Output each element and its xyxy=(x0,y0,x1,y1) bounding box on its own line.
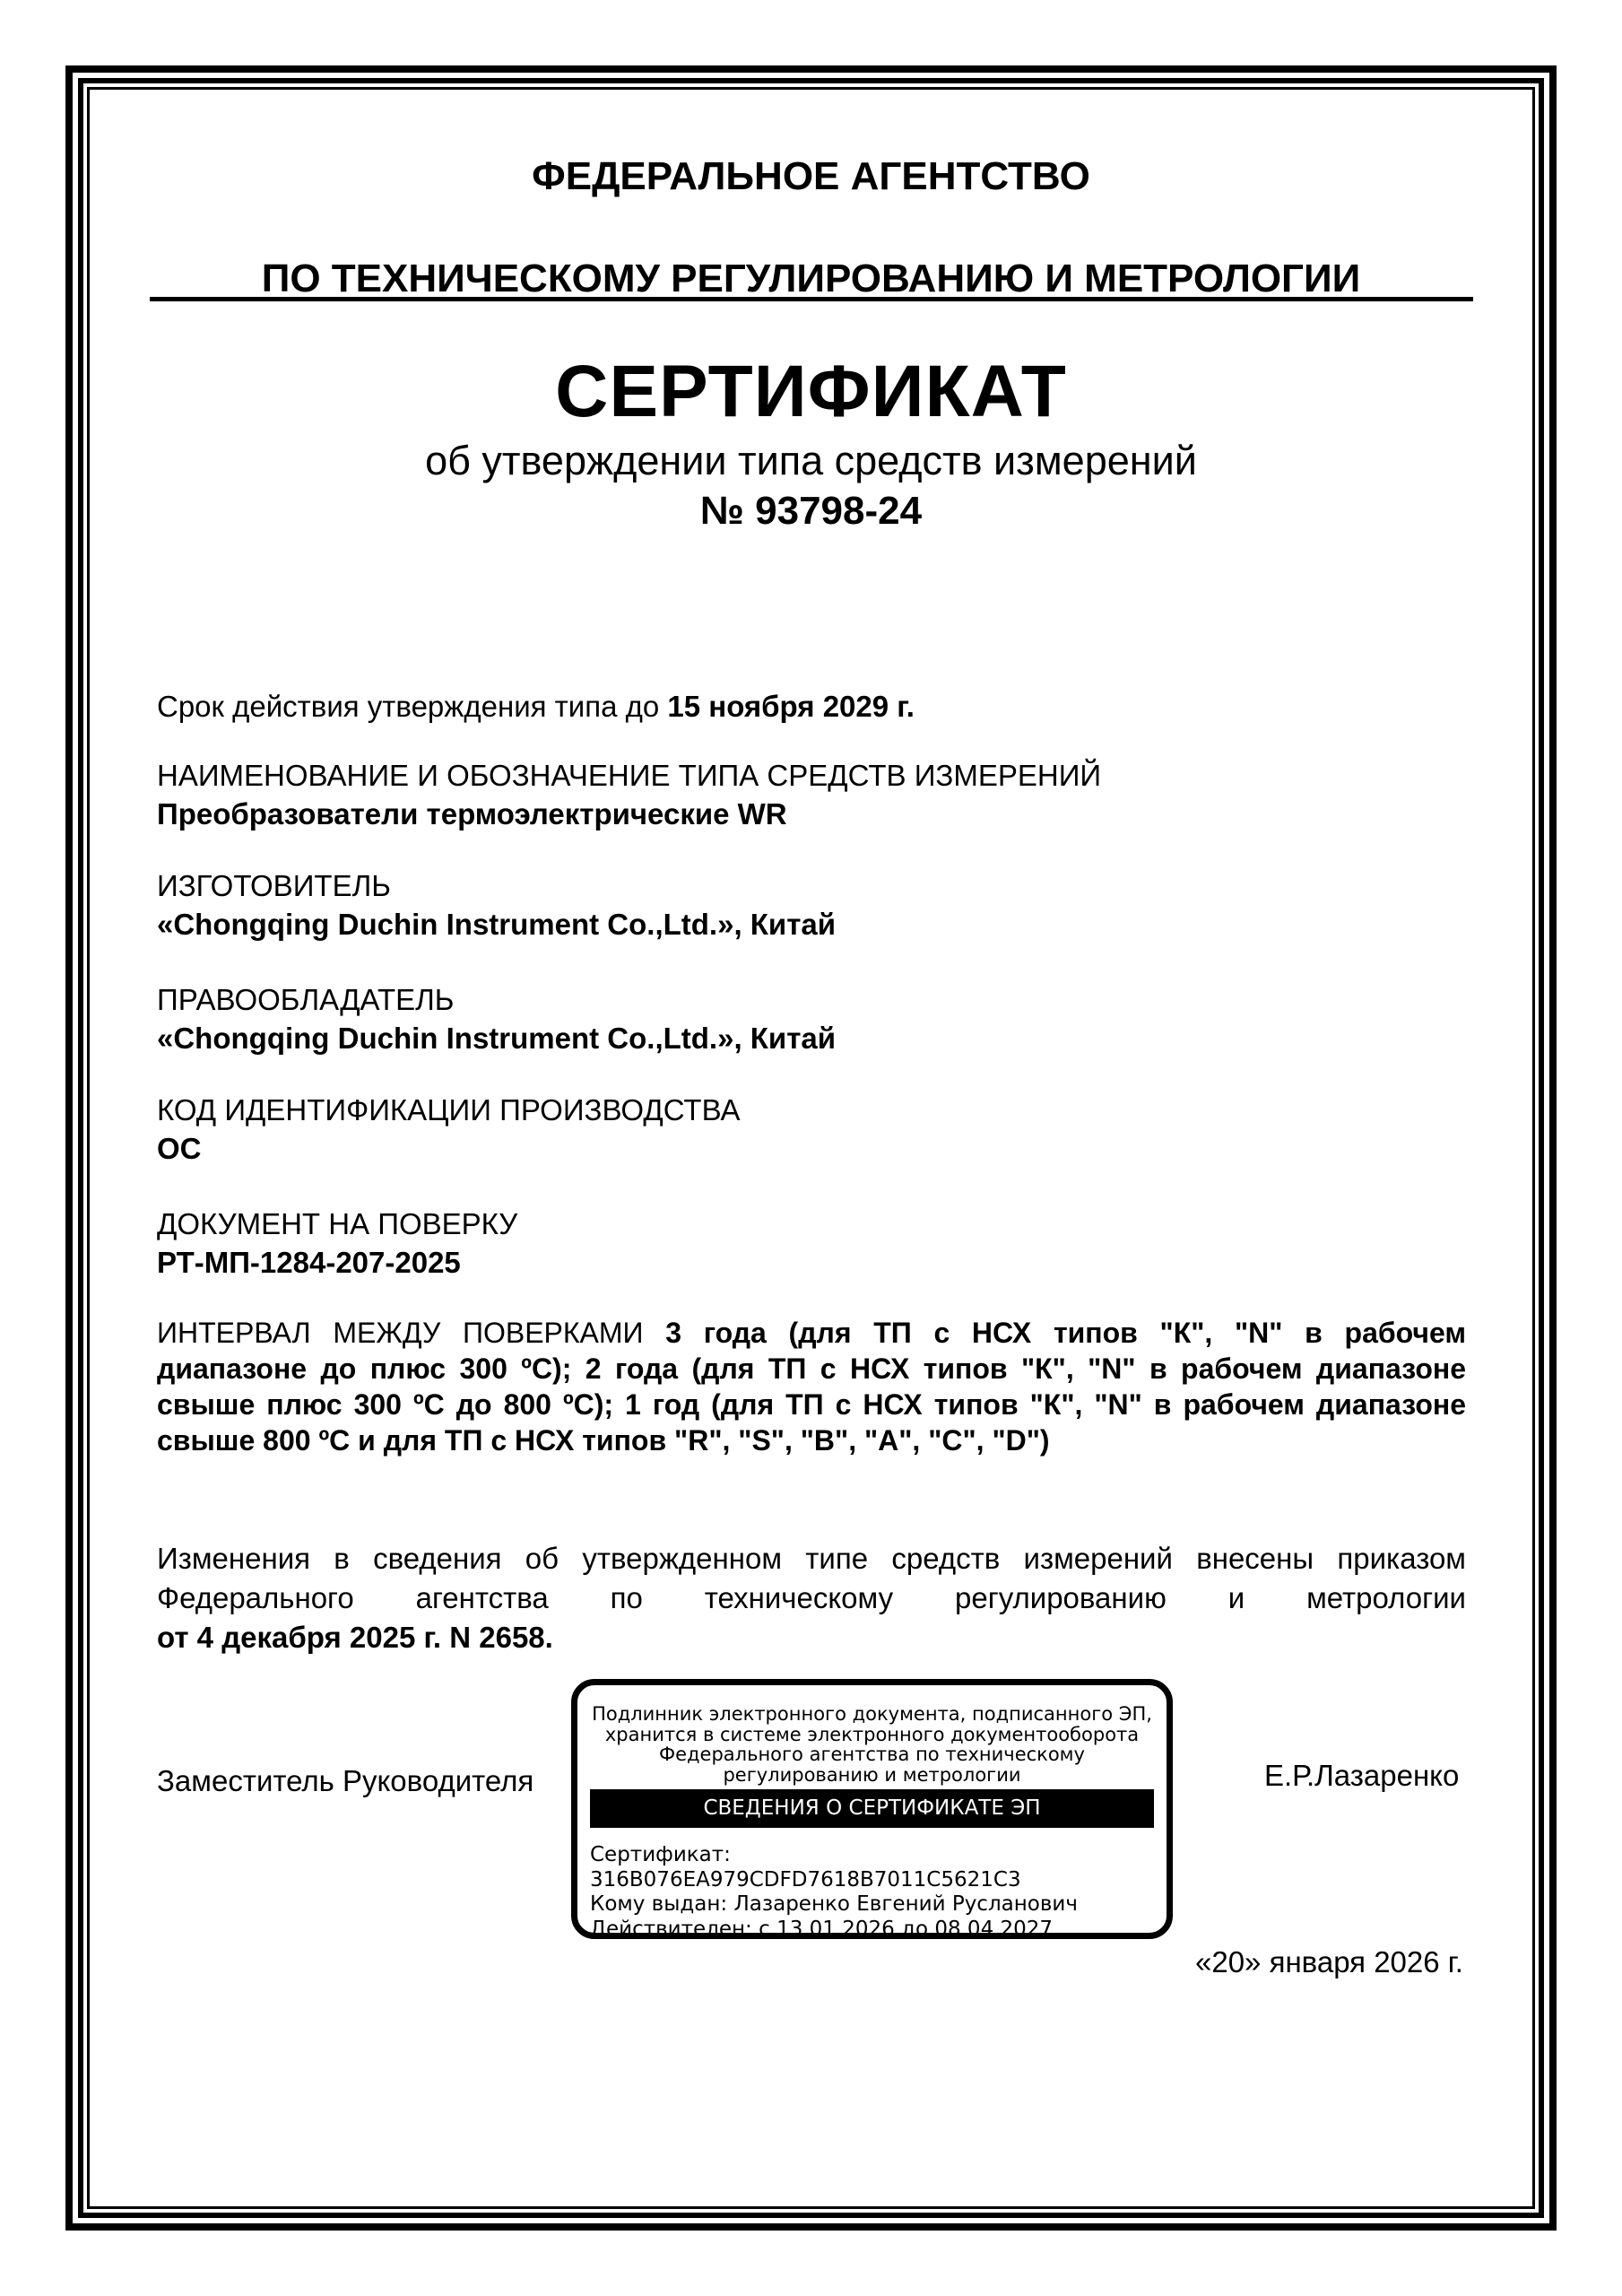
verification-doc-value: РТ-МП-1284-207-2025 xyxy=(157,1243,1466,1282)
certificate-subtitle: об утверждении типа средств измерений xyxy=(0,438,1622,484)
amendments-line-3: от 4 декабря 2025 г. N 2658. xyxy=(157,1618,1466,1657)
verification-interval-paragraph: ИНТЕРВАЛ МЕЖДУ ПОВЕРКАМИ 3 года (для ТП … xyxy=(157,1315,1466,1458)
validity-line: Срок действия утверждения типа до 15 ноя… xyxy=(157,687,1466,726)
certificate-title: СЕРТИФИКАТ xyxy=(0,349,1622,435)
amendments-line-2: Федерального агентства по техническому р… xyxy=(157,1578,1466,1618)
header-divider xyxy=(150,297,1473,301)
stamp-issued-to-line: Кому выдан: Лазаренко Евгений Русланович xyxy=(590,1892,1167,1918)
validity-label: Срок действия утверждения типа до xyxy=(157,690,667,723)
manufacturer-section: ИЗГОТОВИТЕЛЬ «Chongqing Duchin Instrumen… xyxy=(157,866,1466,944)
electronic-signature-stamp: Подлинник электронного документа, подпис… xyxy=(571,1679,1173,1939)
stamp-details: Сертификат: 316B076EA979CDFD7618B7011C56… xyxy=(577,1843,1167,1942)
agency-header-line1: ФЕДЕРАЛЬНОЕ АГЕНТСТВО xyxy=(532,154,1090,198)
verification-doc-label: ДОКУМЕНТ НА ПОВЕРКУ xyxy=(157,1205,1466,1243)
interval-line-1-value: 3 года (для ТП с НСХ типов "К", "N" в ра… xyxy=(665,1317,1466,1349)
stamp-header-line3: Федерального агентства по техническому xyxy=(577,1744,1167,1765)
type-name-label: НАИМЕНОВАНИЕ И ОБОЗНАЧЕНИЕ ТИПА СРЕДСТВ … xyxy=(157,756,1466,795)
production-code-value: ОС xyxy=(157,1129,1466,1168)
interval-line-1: ИНТЕРВАЛ МЕЖДУ ПОВЕРКАМИ 3 года (для ТП … xyxy=(157,1315,1466,1351)
production-code-section: КОД ИДЕНТИФИКАЦИИ ПРОИЗВОДСТВА ОС xyxy=(157,1091,1466,1168)
verification-doc-section: ДОКУМЕНТ НА ПОВЕРКУ РТ-МП-1284-207-2025 xyxy=(157,1205,1466,1282)
signer-name: Е.Р.Лазаренко xyxy=(1264,1758,1459,1794)
stamp-header-text: Подлинник электронного документа, подпис… xyxy=(577,1685,1167,1785)
type-name-section: НАИМЕНОВАНИЕ И ОБОЗНАЧЕНИЕ ТИПА СРЕДСТВ … xyxy=(157,756,1466,833)
manufacturer-value: «Chongqing Duchin Instrument Co.,Ltd.», … xyxy=(157,905,1466,944)
agency-header-line2: ПО ТЕХНИЧЕСКОМУ РЕГУЛИРОВАНИЮ И МЕТРОЛОГ… xyxy=(262,257,1361,300)
rightsholder-value: «Chongqing Duchin Instrument Co.,Ltd.», … xyxy=(157,1019,1466,1057)
stamp-bar-title: СВЕДЕНИЯ О СЕРТИФИКАТЕ ЭП xyxy=(590,1789,1154,1828)
interval-line-2: диапазоне до плюс 300 ºС); 2 года (для Т… xyxy=(157,1351,1466,1387)
rightsholder-label: ПРАВООБЛАДАТЕЛЬ xyxy=(157,980,1466,1019)
rightsholder-section: ПРАВООБЛАДАТЕЛЬ «Chongqing Duchin Instru… xyxy=(157,980,1466,1057)
stamp-header-line4: регулированию и метрологии xyxy=(577,1765,1167,1786)
production-code-label: КОД ИДЕНТИФИКАЦИИ ПРОИЗВОДСТВА xyxy=(157,1091,1466,1129)
signature-date: «20» января 2026 г. xyxy=(1195,1944,1463,1980)
type-name-value: Преобразователи термоэлектрические WR xyxy=(157,795,1466,833)
interval-line-3: свыше плюс 300 ºС до 800 ºС); 1 год (для… xyxy=(157,1387,1466,1422)
validity-value: 15 ноября 2029 г. xyxy=(667,690,915,723)
amendments-line-1: Изменения в сведения об утвержденном тип… xyxy=(157,1539,1466,1578)
stamp-header-line1: Подлинник электронного документа, подпис… xyxy=(577,1704,1167,1725)
interval-line-4: свыше 800 ºС и для ТП с НСХ типов "R", "… xyxy=(157,1422,1466,1458)
stamp-certificate-line: Сертификат: 316B076EA979CDFD7618B7011C56… xyxy=(590,1843,1167,1892)
manufacturer-label: ИЗГОТОВИТЕЛЬ xyxy=(157,866,1466,905)
interval-label: ИНТЕРВАЛ МЕЖДУ ПОВЕРКАМИ xyxy=(157,1317,665,1349)
stamp-valid-line: Действителен: с 13.01.2026 до 08.04.2027 xyxy=(590,1918,1167,1943)
signer-position: Заместитель Руководителя xyxy=(157,1763,533,1799)
amendments-paragraph: Изменения в сведения об утвержденном тип… xyxy=(157,1539,1466,1657)
certificate-number: № 93798-24 xyxy=(0,488,1622,535)
certificate-page: ФЕДЕРАЛЬНОЕ АГЕНТСТВО ПО ТЕХНИЧЕСКОМУ РЕ… xyxy=(0,0,1622,2296)
stamp-header-line2: хранится в системе электронного документ… xyxy=(577,1725,1167,1745)
agency-header: ФЕДЕРАЛЬНОЕ АГЕНТСТВО ПО ТЕХНИЧЕСКОМУ РЕ… xyxy=(0,151,1622,304)
